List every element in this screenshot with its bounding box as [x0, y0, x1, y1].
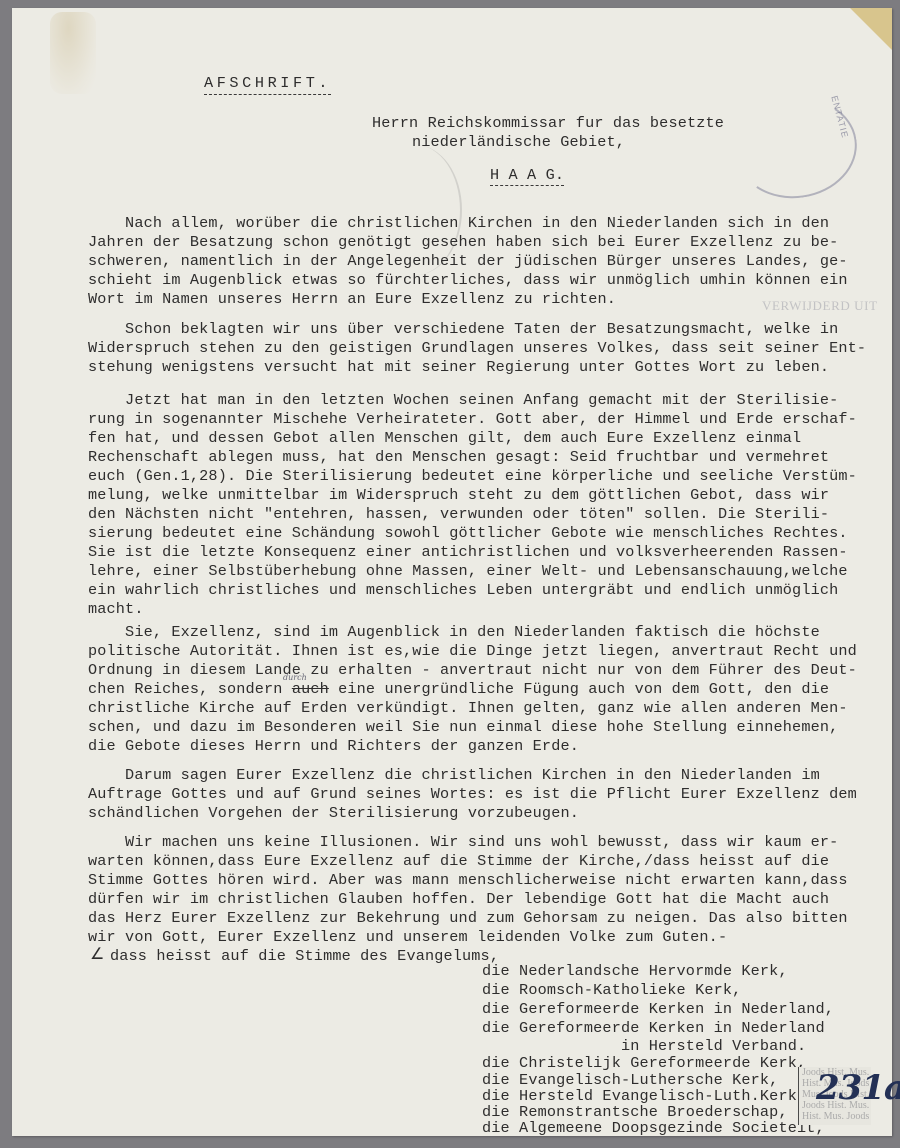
text-line: lehre, einer Selbstüberhebung ohne Masse… — [88, 562, 848, 581]
insertion-mark-icon: ∠ — [90, 944, 104, 963]
text-line: Ordnung in diesem Lande zu erhalten - an… — [88, 661, 857, 680]
paper-stain — [50, 12, 96, 94]
handwritten-correction: durch — [283, 673, 307, 682]
insertion-text: dass heisst auf die Stimme des Evangelum… — [110, 947, 499, 966]
text-line: schweren, namentlich in der Angelegenhei… — [88, 252, 848, 271]
text-line: Jetzt hat man in den letzten Wochen sein… — [88, 391, 838, 410]
signatory: die Algemeene Doopsgezinde Societeit, — [482, 1119, 825, 1138]
text-line: die Gebote dieses Herrn und Richters der… — [88, 737, 579, 756]
text-line: den Nächsten nicht "entehren, hassen, ve… — [88, 505, 829, 524]
text-line: Stimme Gottes hören wird. Aber was mann … — [88, 871, 848, 890]
text-line: euch (Gen.1,28). Die Sterilisierung bede… — [88, 467, 857, 486]
text-line: christliche Kirche auf Erden verkündigt.… — [88, 699, 848, 718]
archive-number: 231a — [816, 1068, 900, 1108]
text-line: Rechenschaft ablegen muss, hat den Mensc… — [88, 448, 829, 467]
text-line: Widerspruch stehen zu den geistigen Grun… — [88, 339, 866, 358]
text-line: Wir machen uns keine Illusionen. Wir sin… — [88, 833, 838, 852]
text-line: sierung bedeutet eine Schändung sowohl g… — [88, 524, 848, 543]
text-line: melung, welke unmittelbar im Widerspruch… — [88, 486, 829, 505]
text-line: rung in sogenannter Mischehe Verheiratet… — [88, 410, 857, 429]
text-line: macht. — [88, 600, 144, 619]
text-line: Schon beklagten wir uns über verschieden… — [88, 320, 838, 339]
text-line: Auftrage Gottes und auf Grund seines Wor… — [88, 785, 857, 804]
text-line: schieht im Augenblick etwas so fürchterl… — [88, 271, 848, 290]
addressee-city: H A A G. — [490, 166, 564, 186]
text-line: wir von Gott, Eurer Exzellenz und unsere… — [88, 928, 727, 947]
addressee-line-1: Herrn Reichskommissar fur das besetzte — [372, 114, 724, 133]
text-line: schen, und dazu im Besonderen weil Sie n… — [88, 718, 838, 737]
text-line: Sie, Exzellenz, sind im Augenblick in de… — [88, 623, 820, 642]
text-line: warten können,dass Eure Exzellenz auf di… — [88, 852, 829, 871]
text-line: ein wahrlich christliches und menschlich… — [88, 581, 838, 600]
text-line: fen hat, und dessen Gebot allen Menschen… — [88, 429, 801, 448]
signatory: die Nederlandsche Hervormde Kerk, — [482, 962, 788, 981]
text-segment: chen Reiches, sondern — [88, 680, 292, 698]
addressee-line-2: niederländische Gebiet, — [412, 133, 625, 152]
text-line: schändlichen Vorgehen der Sterilisierung… — [88, 804, 579, 823]
text-line: Wort im Namen unseres Herrn an Eure Exze… — [88, 290, 616, 309]
text-line: Sie ist die letzte Konsequenz einer anti… — [88, 543, 848, 562]
text-line: politische Autorität. Ihnen ist es,wie d… — [88, 642, 857, 661]
text-line: dürfen wir im christlichen Glauben hoffe… — [88, 890, 829, 909]
text-line: Jahren der Besatzung schon genötigt gese… — [88, 233, 838, 252]
document-heading: AFSCHRIFT. — [204, 74, 331, 95]
text-line: das Herz Eurer Exzellenz zur Bekehrung u… — [88, 909, 848, 928]
text-line: chen Reiches, sondern auch eine unergrün… — [88, 680, 829, 699]
signatory: die Gereformeerde Kerken in Nederland, — [482, 1000, 834, 1019]
text-line: Nach allem, worüber die christlichen Kir… — [88, 214, 829, 233]
signatory: die Roomsch-Katholieke Kerk, — [482, 981, 741, 1000]
signatory: die Gereformeerde Kerken in Nederland — [482, 1019, 825, 1038]
text-line: stehung wenigstens versucht hat mit sein… — [88, 358, 829, 377]
text-line: Darum sagen Eurer Exzellenz die christli… — [88, 766, 820, 785]
text-segment: eine unergründliche Fügung auch von dem … — [329, 680, 829, 698]
folded-corner — [850, 8, 892, 50]
removed-stamp: VERWIJDERD UIT — [762, 298, 878, 314]
struck-word: auch — [292, 680, 329, 698]
